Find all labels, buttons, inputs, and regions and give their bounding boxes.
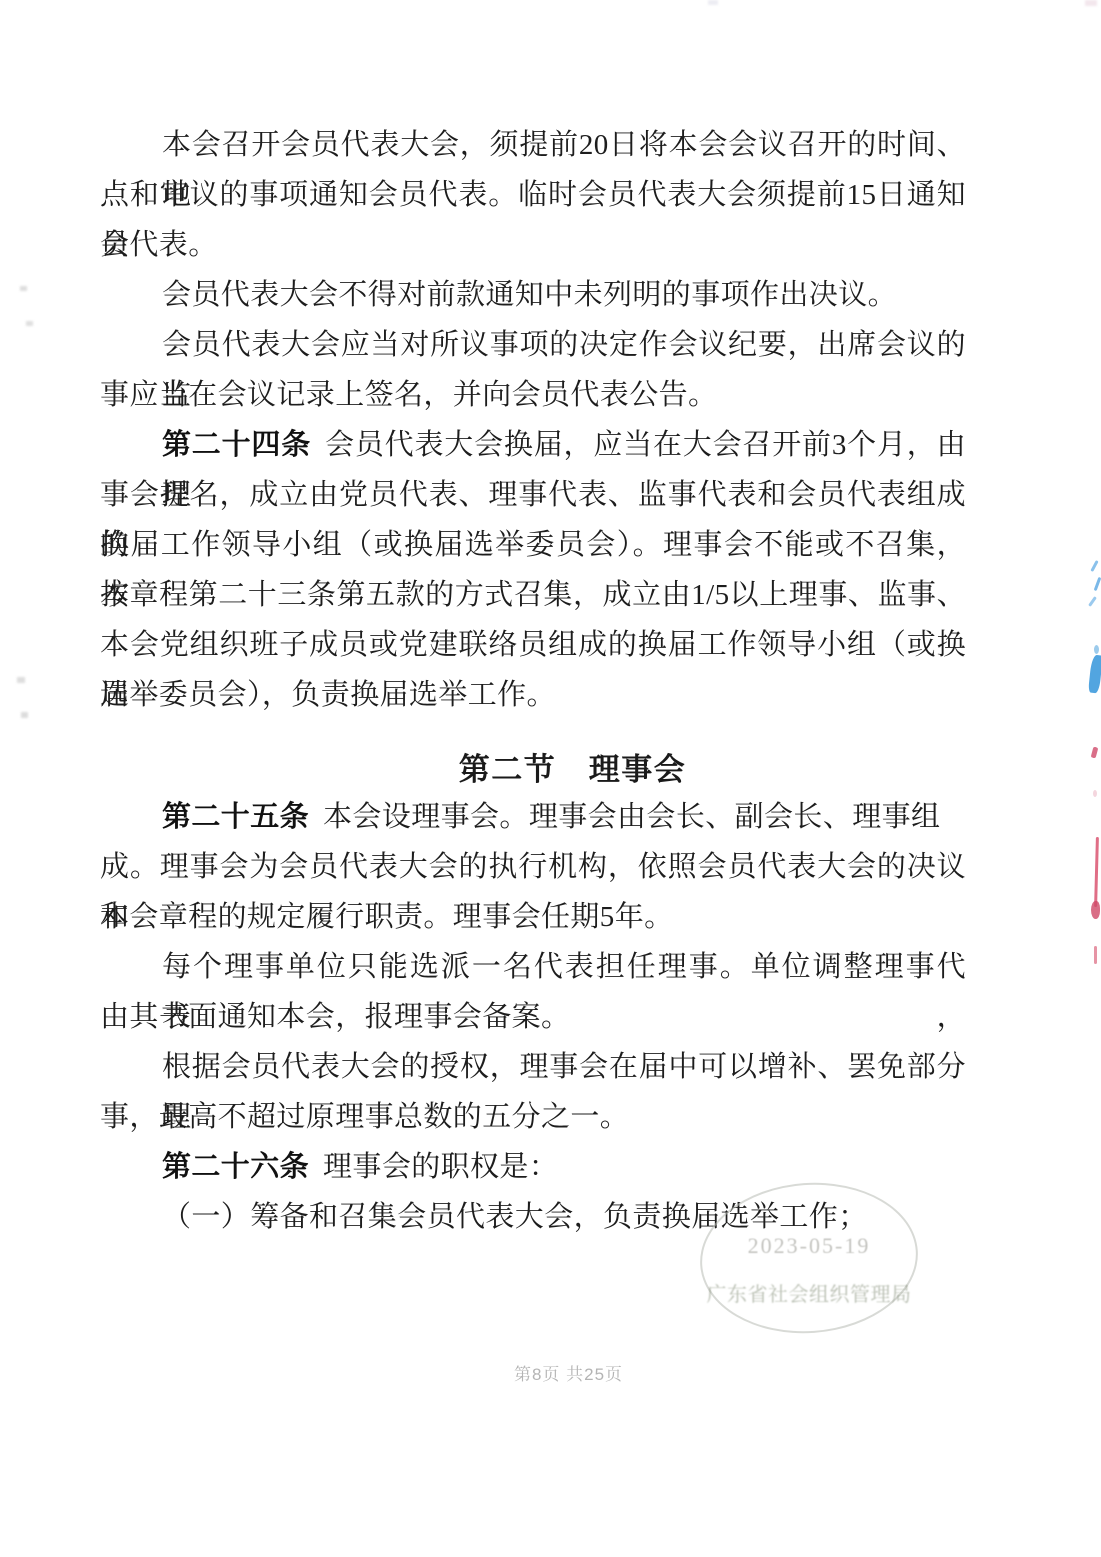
text-line: 本会章程的规定履行职责。理事会任期5年。	[100, 892, 966, 942]
scan-mark-red	[1094, 946, 1097, 964]
scan-speck	[20, 286, 27, 291]
text-line: 事应当在会议记录上签名，并向会员代表公告。	[100, 370, 966, 420]
text-line: 事会提名，成立由党员代表、理事代表、监事代表和会员代表组成的	[100, 470, 966, 520]
scan-mark-blue	[1090, 560, 1098, 572]
scan-speck	[26, 321, 33, 326]
stamp-issuer: 广东省社会组织管理局	[702, 1278, 916, 1307]
article-number: 第二十四条	[162, 429, 311, 461]
scan-speck	[1085, 0, 1097, 6]
text-line: 选举委员会），负责换届选举工作。	[100, 670, 966, 720]
section-heading: 第二节 理事会	[0, 745, 1101, 795]
text-line: 事，最高不超过原理事总数的五分之一。	[100, 1092, 966, 1142]
scan-speck	[708, 0, 718, 5]
scan-mark-blue	[1094, 577, 1101, 591]
text-line: 会员代表大会应当对所议事项的决定作会议纪要，出席会议的监	[100, 320, 966, 370]
text-line: 成。理事会为会员代表大会的执行机构，依照会员代表大会的决议和	[100, 842, 966, 892]
stamp-date: 2023-05-19	[700, 1233, 918, 1259]
text-line: 会员代表大会不得对前款通知中未列明的事项作出决议。	[100, 270, 966, 320]
text-line: 根据会员代表大会的授权，理事会在届中可以增补、罢免部分理	[100, 1042, 966, 1092]
scan-mark-blue	[1094, 645, 1099, 654]
text-line: 每个理事单位只能选派一名代表担任理事。单位调整理事代表，	[100, 942, 966, 992]
text-line: 点和审议的事项通知会员代表。临时会员代表大会须提前15日通知会	[100, 170, 966, 220]
page-number: 第8页 共25页	[0, 1360, 1101, 1385]
scan-mark-red	[1091, 901, 1100, 919]
text-line: 第二十五条本会设理事会。理事会由会长、副会长、理事组	[100, 792, 966, 842]
paragraph-block: 第二十五条本会设理事会。理事会由会长、副会长、理事组成。理事会为会员代表大会的执…	[100, 792, 966, 1242]
text-line: 第二十四条会员代表大会换届，应当在大会召开前3个月，由理	[100, 420, 966, 470]
text-line: 本会党组织班子成员或党建联络员组成的换届工作领导小组（或换届	[100, 620, 966, 670]
scan-mark-blue	[1088, 596, 1097, 607]
text-line: 换届工作领导小组（或换届选举委员会）。理事会不能或不召集，按	[100, 520, 966, 570]
paragraph-block: 本会召开会员代表大会，须提前20日将本会会议召开的时间、地点和审议的事项通知会员…	[100, 120, 966, 720]
text-line: 本章程第二十三条第五款的方式召集，成立由1/5以上理事、监事、	[100, 570, 966, 620]
article-number: 第二十五条	[162, 801, 309, 833]
article-number: 第二十六条	[162, 1151, 309, 1183]
scan-mark-red	[1094, 837, 1099, 907]
scan-speck	[17, 677, 25, 683]
scan-speck	[21, 712, 28, 718]
scan-mark-red	[1093, 790, 1097, 797]
document-page: 本会召开会员代表大会，须提前20日将本会会议召开的时间、地点和审议的事项通知会员…	[0, 0, 1101, 1557]
text-line: 员代表。	[100, 220, 966, 270]
text-line: 本会召开会员代表大会，须提前20日将本会会议召开的时间、地	[100, 120, 966, 170]
scan-mark-blue	[1088, 655, 1101, 694]
